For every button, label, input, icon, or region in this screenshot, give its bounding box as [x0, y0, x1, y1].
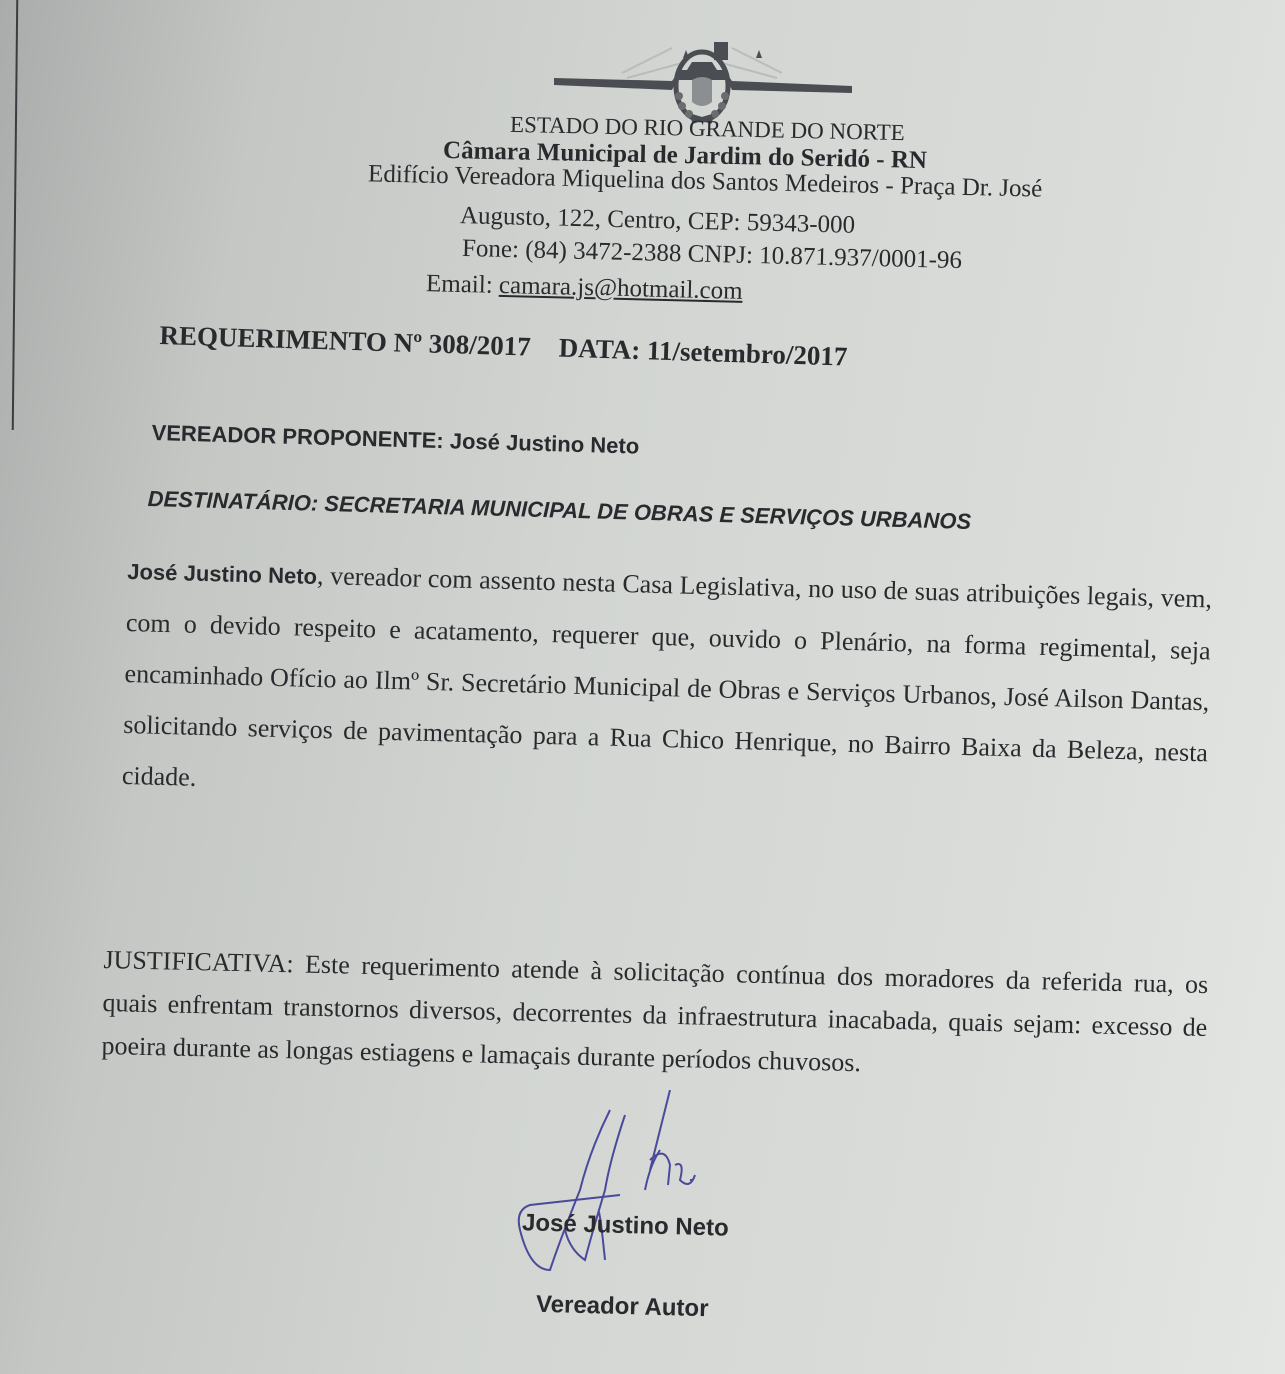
document-page: ESTADO DO RIO GRANDE DO NORTE Câmara Mun…	[0, 0, 1285, 1374]
signatory-role: Vereador Autor	[536, 1291, 709, 1324]
proponent-name: José Justino Neto	[449, 428, 639, 458]
coat-of-arms-icon	[552, 18, 852, 128]
email-label: Email:	[426, 270, 493, 299]
justification-paragraph: JUSTIFICATIVA: Este requerimento atende …	[101, 938, 1209, 1092]
request-header: REQUERIMENTO Nº 308/2017DATA: 11/setembr…	[159, 320, 848, 373]
body-author-name: José Justino Neto	[127, 559, 317, 589]
request-body: José Justino Neto, vereador com assento …	[121, 545, 1212, 829]
email-link[interactable]: camara.js@hotmail.com	[499, 272, 743, 305]
request-date: DATA: 11/setembro/2017	[558, 333, 848, 372]
recipient-line: DESTINATÁRIO: SECRETARIA MUNICIPAL DE OB…	[147, 486, 971, 535]
proponent-label: VEREADOR PROPONENTE:	[151, 420, 444, 453]
address-line-2: Augusto, 122, Centro, CEP: 59343-000	[460, 202, 856, 240]
signatory-name: José Justino Neto	[522, 1209, 729, 1242]
handwritten-signature-icon	[510, 1090, 730, 1290]
proponent-line: VEREADOR PROPONENTE: José Justino Neto	[151, 420, 639, 460]
email-line: Email: camara.js@hotmail.com	[426, 270, 743, 306]
paper-edge	[12, 0, 19, 430]
request-number: REQUERIMENTO Nº 308/2017	[159, 320, 531, 362]
body-text: , vereador com assento nesta Casa Legisl…	[122, 561, 1213, 792]
phone-cnpj-line: Fone: (84) 3472-2388 CNPJ: 10.871.937/00…	[462, 235, 963, 275]
